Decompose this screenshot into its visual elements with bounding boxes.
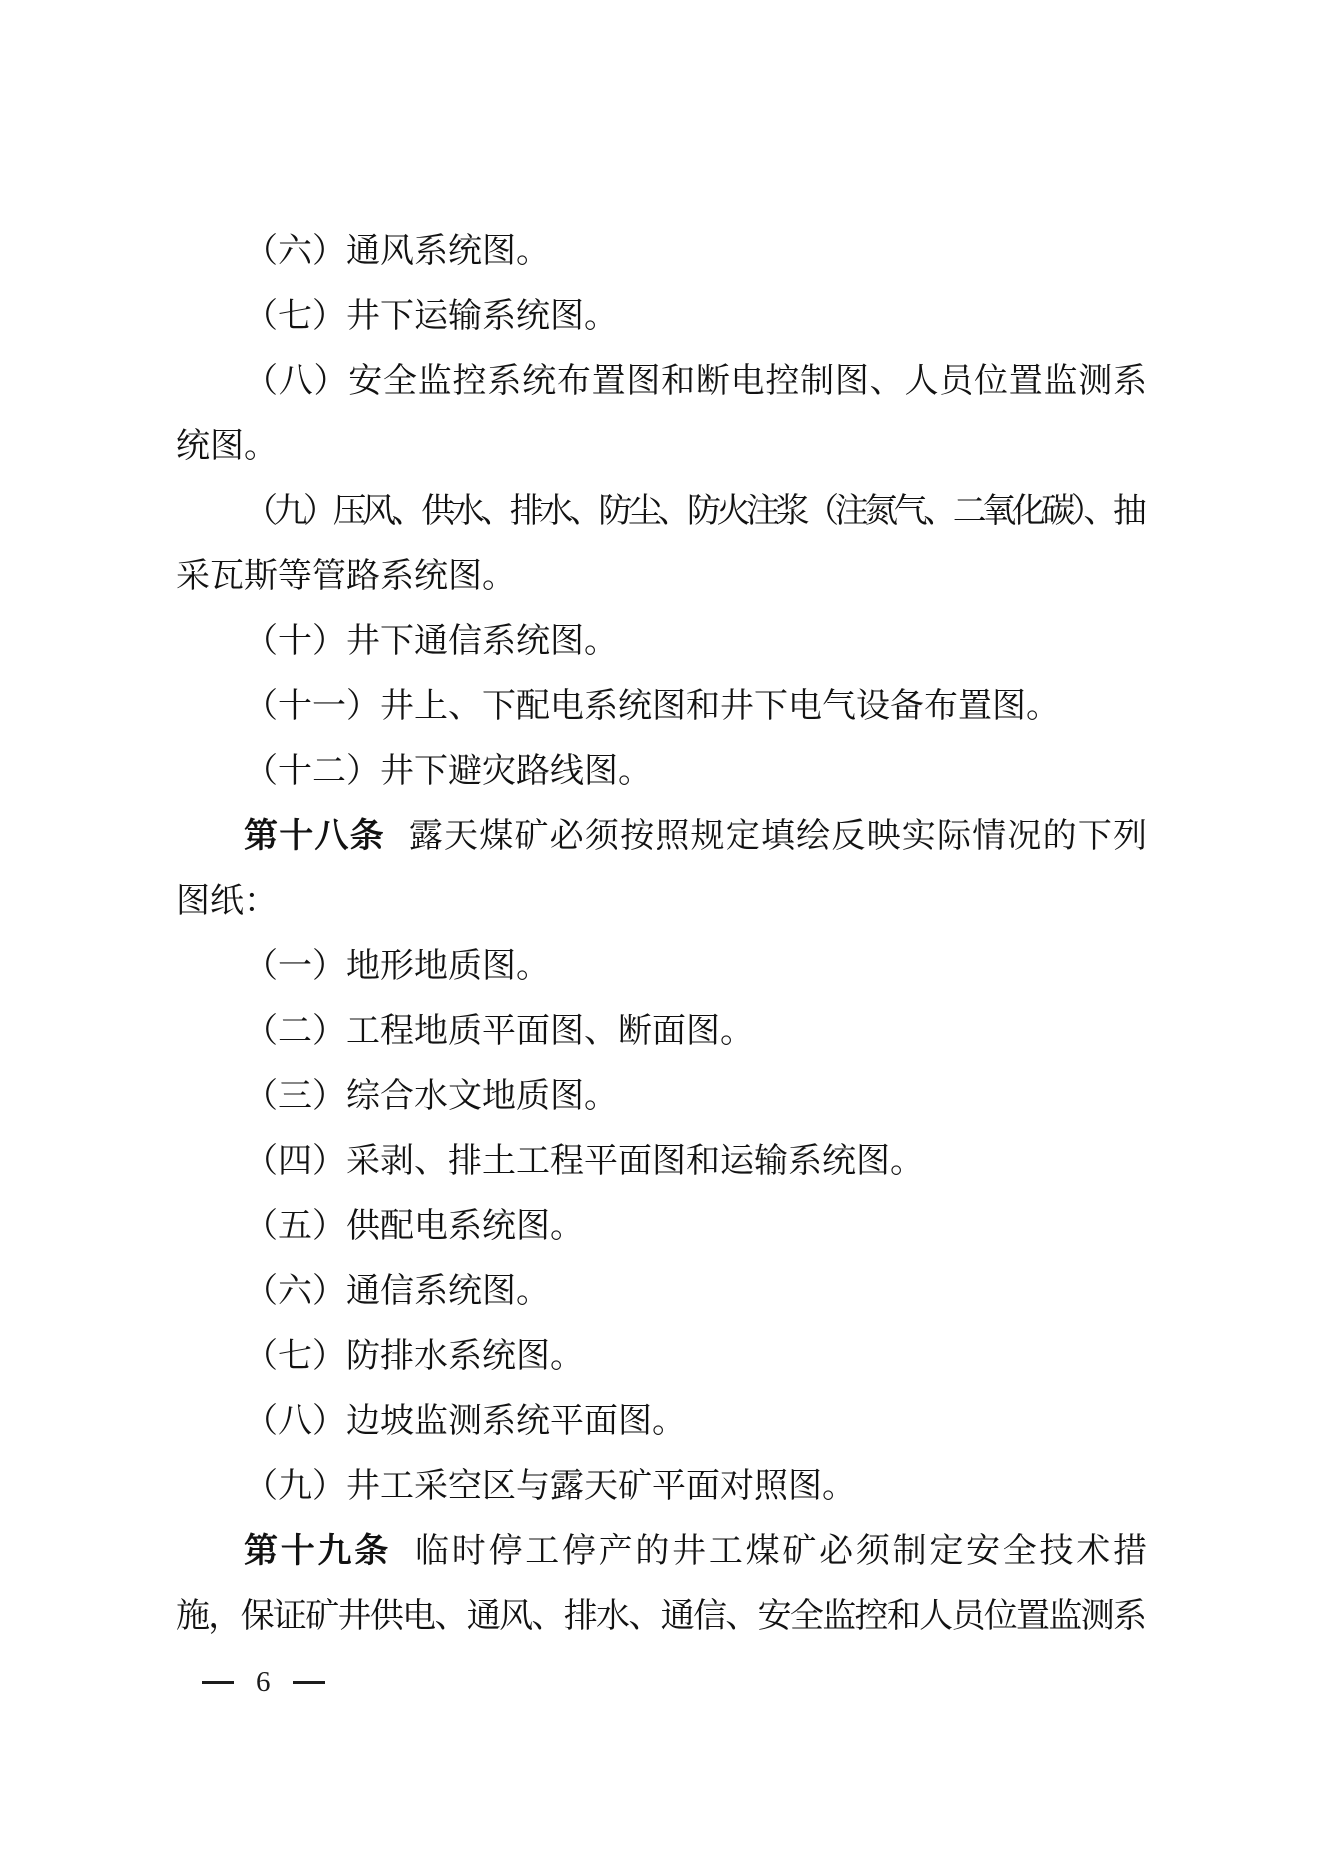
article-text: 露天煤矿必须按照规定填绘反映实际情况的下列 — [409, 818, 1148, 855]
body-line-text: （七）防排水系统图。 — [244, 1324, 584, 1389]
doc-body: （六）通风系统图。（七）井下运输系统图。（八）安全监控系统布置图和断电控制图、人… — [176, 219, 1147, 1649]
text-line: （八）安全监控系统布置图和断电控制图、人员位置监测系 — [176, 349, 1147, 414]
article-number: 第十八条 — [244, 818, 385, 855]
text-line: 图纸： — [176, 869, 1147, 934]
article-line: 第十九条临时停工停产的井工煤矿必须制定安全技术措 — [244, 1519, 1150, 1584]
text-line: （六）通信系统图。 — [176, 1259, 1147, 1324]
body-line-text: （三）综合水文地质图。 — [244, 1064, 618, 1129]
text-line: （八）边坡监测系统平面图。 — [176, 1389, 1147, 1454]
text-line: （三）综合水文地质图。 — [176, 1064, 1147, 1129]
body-line-text: （九）压风、供水、排水、防尘、防火注浆（注氮气、二氧化碳）、抽 — [244, 479, 1142, 544]
body-line-text: （八）边坡监测系统平面图。 — [244, 1389, 686, 1454]
text-line: （四）采剥、排土工程平面图和运输系统图。 — [176, 1129, 1147, 1194]
article-line: 第十八条露天煤矿必须按照规定填绘反映实际情况的下列 — [244, 804, 1148, 869]
body-line-text: （十二）井下避灾路线图。 — [244, 739, 652, 804]
text-line: （六）通风系统图。 — [176, 219, 1147, 284]
body-line-text: （九）井工采空区与露天矿平面对照图。 — [244, 1454, 856, 1519]
article-number: 第十九条 — [244, 1533, 391, 1570]
text-line: （二）工程地质平面图、断面图。 — [176, 999, 1147, 1064]
text-line: （五）供配电系统图。 — [176, 1194, 1147, 1259]
text-line: （十一）井上、下配电系统图和井下电气设备布置图。 — [176, 674, 1147, 739]
document-page: （六）通风系统图。（七）井下运输系统图。（八）安全监控系统布置图和断电控制图、人… — [0, 0, 1323, 1871]
body-line-text: （七）井下运输系统图。 — [244, 284, 618, 349]
text-line: （十）井下通信系统图。 — [176, 609, 1147, 674]
body-line-text: （六）通风系统图。 — [244, 219, 550, 284]
text-line: （七）防排水系统图。 — [176, 1324, 1147, 1389]
body-line-text: （六）通信系统图。 — [244, 1259, 550, 1324]
footer-dash-left — [202, 1681, 234, 1684]
body-line-text: （十）井下通信系统图。 — [244, 609, 618, 674]
footer-dash-right — [293, 1681, 325, 1684]
text-line: （一）地形地质图。 — [176, 934, 1147, 999]
body-line-text: （八）安全监控系统布置图和断电控制图、人员位置监测系 — [244, 349, 1148, 414]
text-line: 采瓦斯等管路系统图。 — [176, 544, 1147, 609]
body-line-text: （五）供配电系统图。 — [244, 1194, 584, 1259]
body-line-text: （二）工程地质平面图、断面图。 — [244, 999, 754, 1064]
article-text: 临时停工停产的井工煤矿必须制定安全技术措 — [415, 1533, 1150, 1570]
text-line: （七）井下运输系统图。 — [176, 284, 1147, 349]
body-line-text: 图纸： — [176, 869, 278, 934]
text-line: （十二）井下避灾路线图。 — [176, 739, 1147, 804]
page-number: 6 — [256, 1661, 271, 1703]
text-line: 统图。 — [176, 414, 1147, 479]
text-line: （九）井工采空区与露天矿平面对照图。 — [176, 1454, 1147, 1519]
text-line: 第十八条露天煤矿必须按照规定填绘反映实际情况的下列 — [176, 804, 1147, 869]
body-line-text: （十一）井上、下配电系统图和井下电气设备布置图。 — [244, 674, 1060, 739]
body-line-text: 施，保证矿井供电、通风、排水、通信、安全监控和人员位置监测系 — [176, 1584, 1145, 1649]
text-line: 施，保证矿井供电、通风、排水、通信、安全监控和人员位置监测系 — [176, 1584, 1147, 1649]
text-line: （九）压风、供水、排水、防尘、防火注浆（注氮气、二氧化碳）、抽 — [176, 479, 1147, 544]
body-line-text: 采瓦斯等管路系统图。 — [176, 544, 516, 609]
body-line-text: 统图。 — [176, 414, 278, 479]
text-line: 第十九条临时停工停产的井工煤矿必须制定安全技术措 — [176, 1519, 1147, 1584]
body-line-text: （四）采剥、排土工程平面图和运输系统图。 — [244, 1129, 924, 1194]
page-footer: 6 — [202, 1661, 325, 1703]
body-line-text: （一）地形地质图。 — [244, 934, 550, 999]
